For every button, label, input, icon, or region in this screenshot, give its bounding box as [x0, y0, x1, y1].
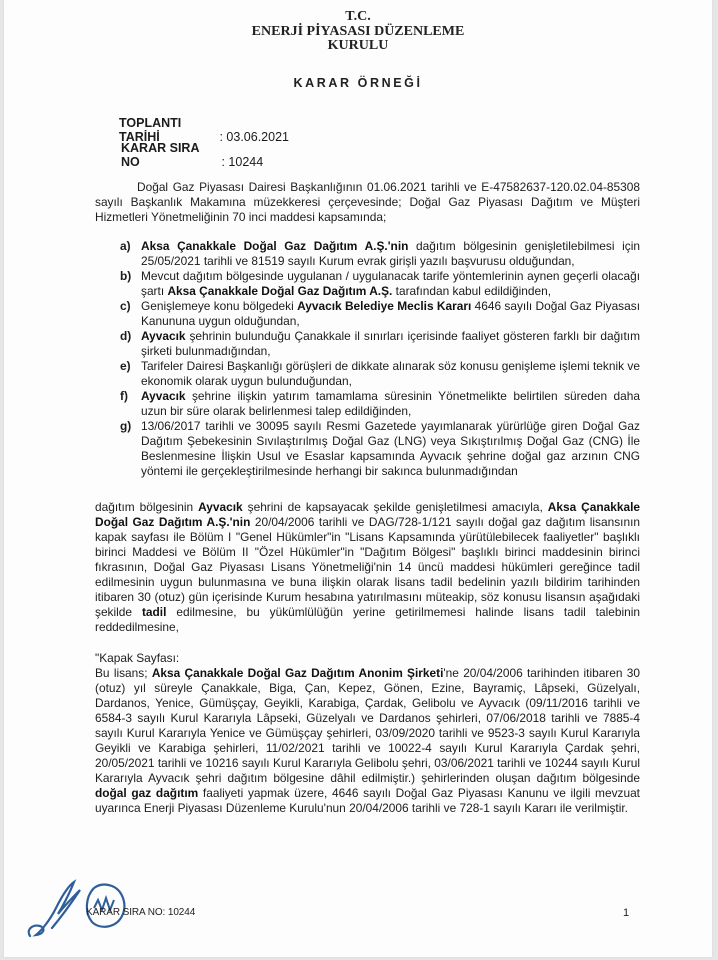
document-page: T.C. ENERJİ PİYASASI DÜZENLEME KURULU KA…	[4, 0, 712, 957]
emphasized-text: tadil	[142, 605, 166, 619]
item-label: b)	[120, 269, 131, 284]
item-label: d)	[120, 329, 131, 344]
cover-page-text: Bu lisans; Aksa Çanakkale Doğal Gaz Dağı…	[95, 666, 640, 815]
emphasized-text: Aksa Çanakkale Doğal Gaz Dağıtım A.Ş.'ni…	[95, 500, 640, 529]
footer-decision-number: KARAR SIRA NO: 10244	[86, 907, 195, 918]
emphasized-text: Ayvacık	[141, 389, 186, 403]
item-label: a)	[120, 239, 131, 254]
emphasized-text: doğal gaz dağıtım	[95, 786, 198, 800]
consideration-item: e)Tarifeler Dairesi Başkanlığı görüşleri…	[120, 359, 640, 389]
decision-number-label: KARAR SIRA NO	[121, 141, 218, 169]
emphasized-text: Ayvacık	[198, 500, 243, 514]
item-label: c)	[120, 299, 131, 314]
consideration-item: f)Ayvacık şehrine ilişkin yatırım tamaml…	[120, 389, 640, 419]
emphasized-text: Aksa Çanakkale Doğal Gaz Dağıtım Anonim …	[152, 666, 444, 680]
meeting-date-row: TOPLANTI TARİHİ : 03.06.2021	[119, 116, 289, 144]
page-number: 1	[623, 907, 629, 919]
item-label: e)	[120, 359, 131, 374]
decision-paragraph: dağıtım bölgesinin Ayvacık şehrini de ka…	[95, 500, 640, 635]
consideration-item: d)Ayvacık şehrinin bulunduğu Çanakkale i…	[120, 329, 640, 359]
item-label: f)	[120, 389, 128, 404]
consideration-item: a)Aksa Çanakkale Doğal Gaz Dağıtım A.Ş.'…	[120, 239, 640, 269]
cover-page-heading: "Kapak Sayfası:	[95, 651, 640, 666]
emphasized-text: Ayvacık Belediye Meclis Kararı	[297, 299, 471, 313]
header-line-institution: ENERJİ PİYASASI DÜZENLEME	[4, 25, 712, 40]
decision-number-value: : 10244	[221, 155, 263, 169]
institution-header: T.C. ENERJİ PİYASASI DÜZENLEME KURULU	[4, 10, 712, 54]
initials-stamp-icon	[82, 880, 128, 930]
emphasized-text: Aksa Çanakkale Doğal Gaz Dağıtım A.Ş.	[167, 284, 392, 298]
meeting-date-label: TOPLANTI TARİHİ	[119, 116, 216, 144]
emphasized-text: Ayvacık	[141, 329, 186, 343]
cover-page-section: "Kapak Sayfası: Bu lisans; Aksa Çanakkal…	[95, 651, 640, 816]
consideration-item: b)Mevcut dağıtım bölgesinde uygulanan / …	[120, 269, 640, 299]
header-line-tc: T.C.	[4, 10, 712, 25]
consideration-item: c)Genişlemeye konu bölgedeki Ayvacık Bel…	[120, 299, 640, 329]
item-label: g)	[120, 419, 131, 434]
emphasized-text: Aksa Çanakkale Doğal Gaz Dağıtım A.Ş.'ni…	[141, 239, 408, 253]
considerations-list: a)Aksa Çanakkale Doğal Gaz Dağıtım A.Ş.'…	[120, 239, 640, 479]
consideration-item: g)13/06/2017 tarihli ve 30095 sayılı Res…	[120, 419, 640, 479]
decision-number-row: KARAR SIRA NO : 10244	[121, 141, 263, 169]
signature-icon	[22, 878, 82, 940]
intro-paragraph: Doğal Gaz Piyasası Dairesi Başkanlığının…	[95, 180, 640, 225]
header-line-board: KURULU	[4, 39, 712, 54]
document-title: KARAR ÖRNEĞİ	[4, 76, 712, 90]
